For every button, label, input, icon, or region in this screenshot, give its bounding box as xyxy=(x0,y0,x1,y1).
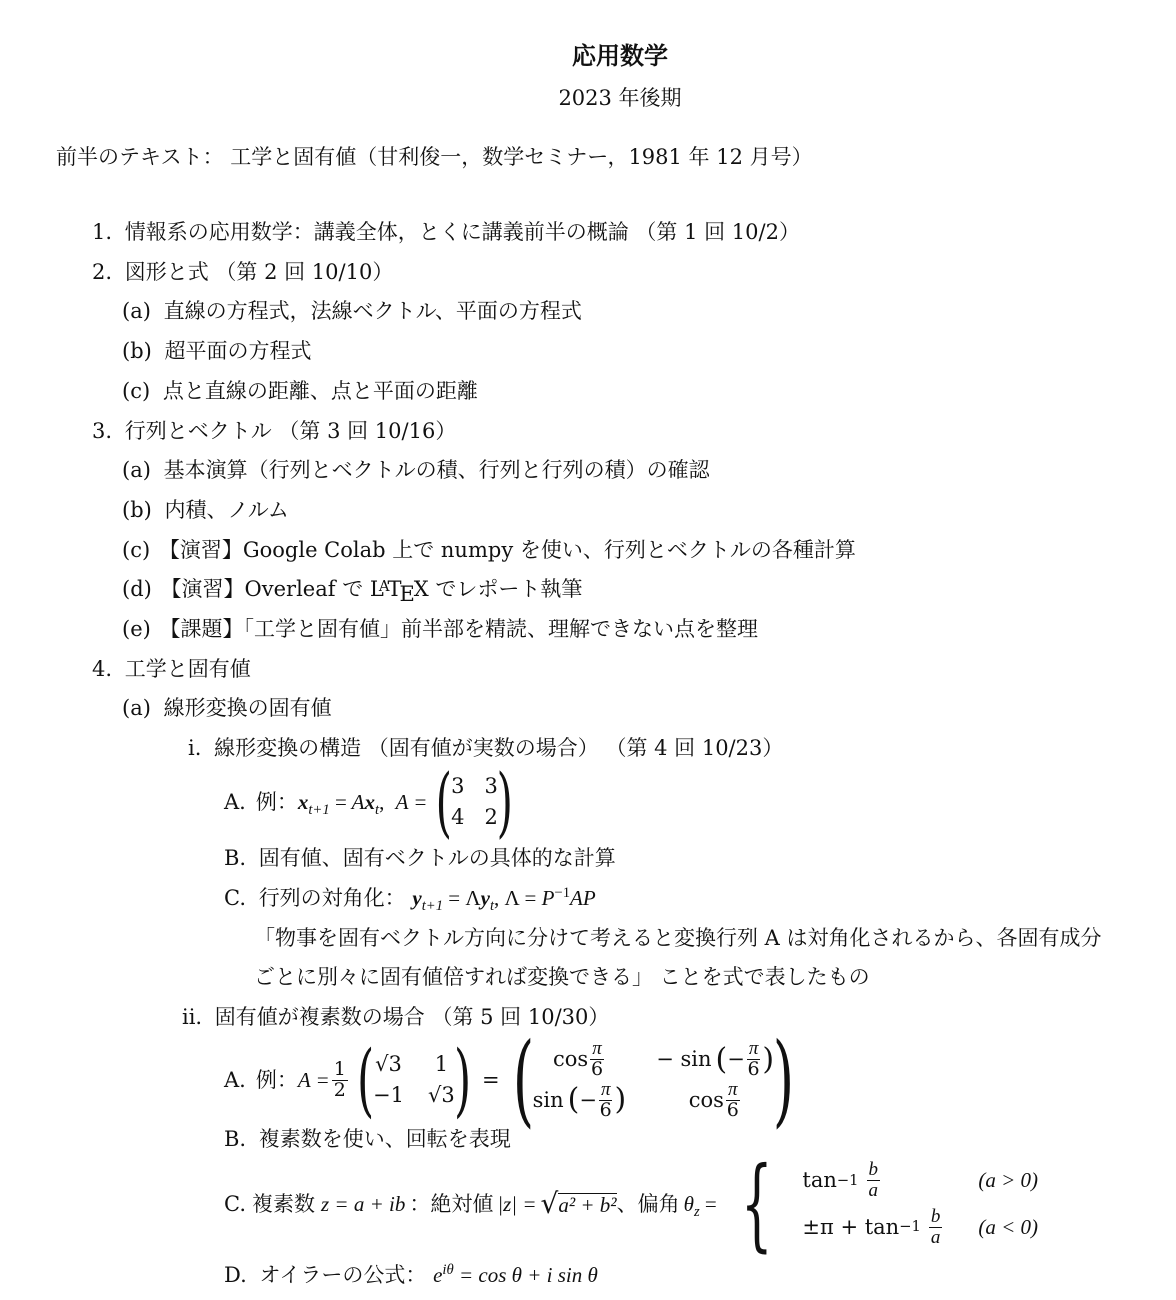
item-number: 4. xyxy=(92,657,112,681)
sub-item-label: (c) xyxy=(122,379,150,403)
list-item-3: 3. 行列とベクトル （第 3 回 10/16） xyxy=(92,421,456,442)
list-item-4: 4. 工学と固有値 xyxy=(92,659,251,680)
right-paren-icon: ) xyxy=(773,1030,794,1130)
textbook-label: 前半のテキスト： xyxy=(56,145,224,169)
argument-cases: tan−1ba (a > 0) ±π + tan−1ba (a < 0) xyxy=(802,1160,1038,1248)
item-text: 例： xyxy=(256,792,298,813)
item-text: 情報系の応用数学：講義全体，とくに講義前半の概論 （第 1 回 10/2） xyxy=(125,220,800,244)
right-paren-icon: ) xyxy=(454,1040,471,1120)
sqrt-icon: √ xyxy=(541,1190,559,1218)
item-label: C. xyxy=(224,886,246,910)
left-paren-icon: ( xyxy=(357,1040,374,1120)
item-text: 複素数 xyxy=(252,1194,315,1215)
matrix-trig: cosπ6 − sin(−π6) sin(−π6) cosπ6 xyxy=(533,1039,774,1121)
sub-item-text: 直線の方程式，法線ベクトル、平面の方程式 xyxy=(164,299,582,323)
diagonalization-note-line2: ごとに別々に固有値倍すれば変換できる」 ことを式で表したもの xyxy=(254,967,870,988)
sub-item-label: (b) xyxy=(122,498,152,522)
sub-item-text: 【演習】Google Colab 上で numpy を使い、行列とベクトルの各種… xyxy=(159,538,856,562)
item-label: C. xyxy=(224,1194,246,1215)
left-paren-icon: ( xyxy=(436,764,452,840)
equation-recurrence: xt+1 = Axt, A = xyxy=(298,792,428,813)
sub-item-text: 固有値が複素数の場合 （第 5 回 10/30） xyxy=(215,1005,610,1029)
matrix-rotation: √3 1 −1 √3 xyxy=(373,1054,455,1106)
item-i-C: C. 行列の対角化： yt+1 = Λyt, Λ = P−1AP xyxy=(224,888,596,909)
latex-logo: LATEX xyxy=(370,577,429,601)
sub-item-4a: (a) 線形変換の固有値 xyxy=(122,698,332,719)
sub-item-label: (a) xyxy=(122,696,151,720)
page-title: 応用数学 xyxy=(0,44,1176,68)
sub-item-2b: (b) 超平面の方程式 xyxy=(122,341,312,362)
math-A: A = xyxy=(298,1070,330,1091)
item-label: B. xyxy=(224,1127,246,1151)
item-label: D. xyxy=(224,1263,247,1287)
sub-item-text: 【演習】Overleaf で xyxy=(161,577,370,601)
textbook-value: 工学と固有値（甘利俊一，数学セミナー，1981 年 12 月号） xyxy=(230,145,812,169)
textbook-line: 前半のテキスト： 工学と固有値（甘利俊一，数学セミナー，1981 年 12 月号… xyxy=(56,147,813,168)
item-i-B: B. 固有値、固有ベクトルの具体的な計算 xyxy=(224,848,616,869)
item-text: 行列とベクトル （第 3 回 10/16） xyxy=(125,419,457,443)
item-number: 3. xyxy=(92,419,112,443)
item-ii-C: C. 複素数 z = a + ib ：絶対値 |z| = √a² + b² 、偏… xyxy=(224,1152,1038,1256)
euler-formula: eiθ = cos θ + i sin θ xyxy=(433,1263,598,1287)
sub-item-label: (a) xyxy=(122,458,151,482)
item-text: 複素数を使い、回転を表現 xyxy=(259,1127,511,1151)
sub-item-text: 超平面の方程式 xyxy=(165,339,312,363)
sub-item-text: 点と直線の距離、点と平面の距離 xyxy=(163,379,478,403)
item-ii-D: D. オイラーの公式： eiθ = cos θ + i sin θ xyxy=(224,1265,598,1286)
list-item-1: 1. 情報系の応用数学：講義全体，とくに講義前半の概論 （第 1 回 10/2） xyxy=(92,222,800,243)
sub-item-text: 基本演算（行列とベクトルの積、行列と行列の積）の確認 xyxy=(164,458,710,482)
item-number: 1. xyxy=(92,220,112,244)
right-paren-icon: ) xyxy=(497,764,513,840)
sub-item-label: (b) xyxy=(122,339,152,363)
item-ii-A: A. 例： A = 12 ( √3 1 −1 √3 ) = ( cosπ6 − … xyxy=(224,1032,803,1128)
sub-item-3a: (a) 基本演算（行列とベクトルの積、行列と行列の積）の確認 xyxy=(122,460,710,481)
item-number: 2. xyxy=(92,260,112,284)
sub-item-label: (d) xyxy=(122,577,152,601)
item-text: 図形と式 （第 2 回 10/10） xyxy=(125,260,394,284)
item-text: 固有値、固有ベクトルの具体的な計算 xyxy=(259,846,616,870)
sub-item-2c: (c) 点と直線の距離、点と平面の距離 xyxy=(122,381,478,402)
list-item-2: 2. 図形と式 （第 2 回 10/10） xyxy=(92,262,393,283)
sub-item-3d: (d) 【演習】Overleaf で LATEX でレポート執筆 xyxy=(122,579,582,600)
item-label: B. xyxy=(224,846,246,870)
left-paren-icon: ( xyxy=(512,1030,533,1130)
left-brace-icon: { xyxy=(741,1154,773,1254)
sub-item-label: (e) xyxy=(122,617,151,641)
sub-item-label: i. xyxy=(188,736,201,760)
sub-item-3e: (e) 【課題】「工学と固有値」前半部を精読、理解できない点を整理 xyxy=(122,619,758,640)
sub-item-text: 内積、ノルム xyxy=(165,498,289,522)
sub-item-text: 線形変換の固有値 xyxy=(164,696,332,720)
sub-item-text: 【課題】「工学と固有値」前半部を精読、理解できない点を整理 xyxy=(160,617,759,641)
item-text: 例： xyxy=(256,1070,298,1091)
sub-item-3c: (c) 【演習】Google Colab 上で numpy を使い、行列とベクト… xyxy=(122,540,856,561)
item-i-A: A. 例： xt+1 = Axt, A = ( 3 3 4 2 ) xyxy=(224,766,520,838)
item-text: 工学と固有値 xyxy=(125,657,251,681)
equation-diagonalization: yt+1 = Λyt, Λ = P−1AP xyxy=(412,886,595,910)
sub-item-label: (a) xyxy=(122,299,151,323)
item-label: A. xyxy=(224,1070,246,1091)
sub-item-2a: (a) 直線の方程式，法線ベクトル、平面の方程式 xyxy=(122,301,582,322)
item-text: オイラーの公式： xyxy=(259,1263,426,1287)
sub-item-label: (c) xyxy=(122,538,150,562)
page-subtitle: 2023 年後期 xyxy=(0,88,1176,109)
sub-sub-item-ii: ii. 固有値が複素数の場合 （第 5 回 10/30） xyxy=(182,1007,609,1028)
sub-item-label: ii. xyxy=(182,1005,202,1029)
fraction-half: 12 xyxy=(332,1060,348,1101)
matrix-A: 3 3 4 2 xyxy=(451,776,498,828)
item-label: A. xyxy=(224,792,246,813)
item-ii-B: B. 複素数を使い、回転を表現 xyxy=(224,1129,511,1150)
diagonalization-note-line1: 「物事を固有ベクトル方向に分けて考えると変換行列 A は対角化されるから、各固有… xyxy=(254,928,1102,949)
sub-sub-item-i: i. 線形変換の構造 （固有値が実数の場合） （第 4 回 10/23） xyxy=(188,738,783,759)
item-text: 行列の対角化： xyxy=(259,886,406,910)
sub-item-3b: (b) 内積、ノルム xyxy=(122,500,289,521)
